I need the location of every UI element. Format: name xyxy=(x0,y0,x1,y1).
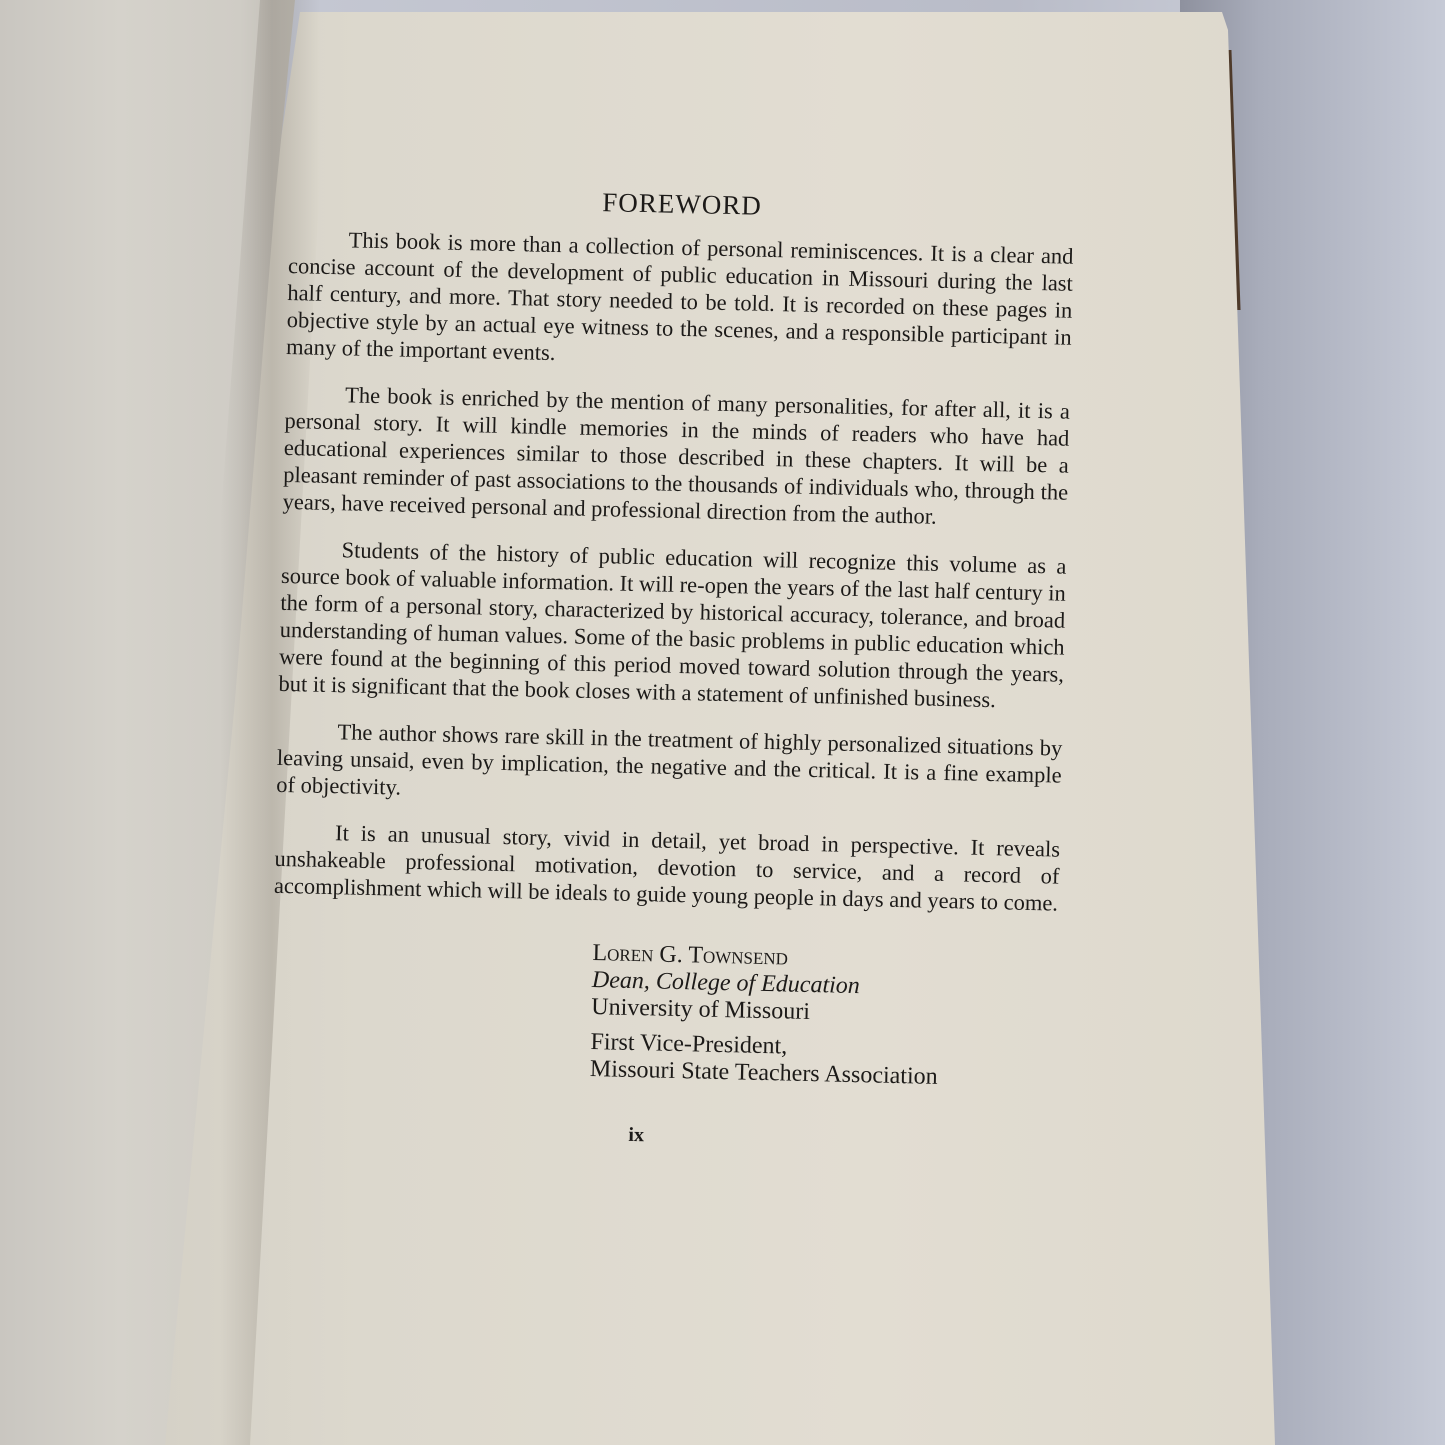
foreword-page-content: FOREWORD This book is more than a collec… xyxy=(268,180,1075,1157)
paragraph-5: It is an unusual story, vivid in detail,… xyxy=(274,818,1061,917)
paragraph-4: The author shows rare skill in the treat… xyxy=(276,717,1063,816)
paragraph-2: The book is enriched by the mention of m… xyxy=(282,380,1070,533)
signature-block: Loren G. Townsend Dean, College of Educa… xyxy=(590,940,1058,1094)
paragraph-1: This book is more than a collection of p… xyxy=(286,225,1074,378)
paragraph-3: Students of the history of public educat… xyxy=(278,535,1066,715)
